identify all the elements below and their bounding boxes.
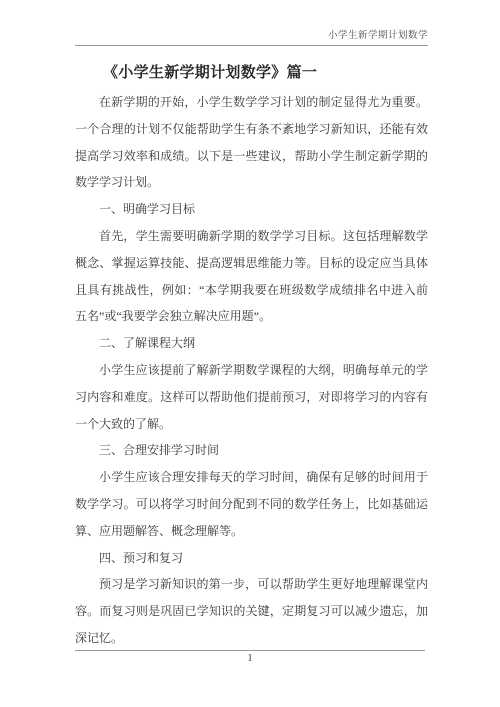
document-page: 小学生新学期计划数学 《小学生新学期计划数学》篇一 在新学期的开始，小学生数学学… [0, 0, 500, 707]
section-4-heading: 四、预习和复习 [75, 545, 428, 572]
section-1-heading: 一、明确学习目标 [75, 196, 428, 223]
section-3-paragraph: 小学生应该合理安排每天的学习时间，确保有足够的时间用于数学学习。可以将学习时间分… [75, 464, 428, 544]
page-number: 1 [75, 652, 425, 664]
section-3-heading: 三、合理安排学习时间 [75, 437, 428, 464]
section-4-paragraph: 预习是学习新知识的第一步，可以帮助学生更好地理解课堂内容。而复习则是巩固已学知识… [75, 571, 428, 651]
document-title: 《小学生新学期计划数学》篇一 [103, 61, 317, 82]
section-2-paragraph: 小学生应该提前了解新学期数学课程的大纲，明确每单元的学习内容和难度。这样可以帮助… [75, 357, 428, 437]
running-header: 小学生新学期计划数学 [75, 31, 428, 46]
document-body: 在新学期的开始，小学生数学学习计划的制定显得尤为重要。一个合理的计划不仅能帮助学… [75, 89, 428, 652]
intro-paragraph: 在新学期的开始，小学生数学学习计划的制定显得尤为重要。一个合理的计划不仅能帮助学… [75, 89, 428, 196]
section-2-heading: 二、了解课程大纲 [75, 330, 428, 357]
running-header-text: 小学生新学期计划数学 [328, 31, 428, 41]
section-1-paragraph: 首先，学生需要明确新学期的数学学习目标。这包括理解数学概念、掌握运算技能、提高逻… [75, 223, 428, 330]
footer-divider [75, 650, 425, 651]
